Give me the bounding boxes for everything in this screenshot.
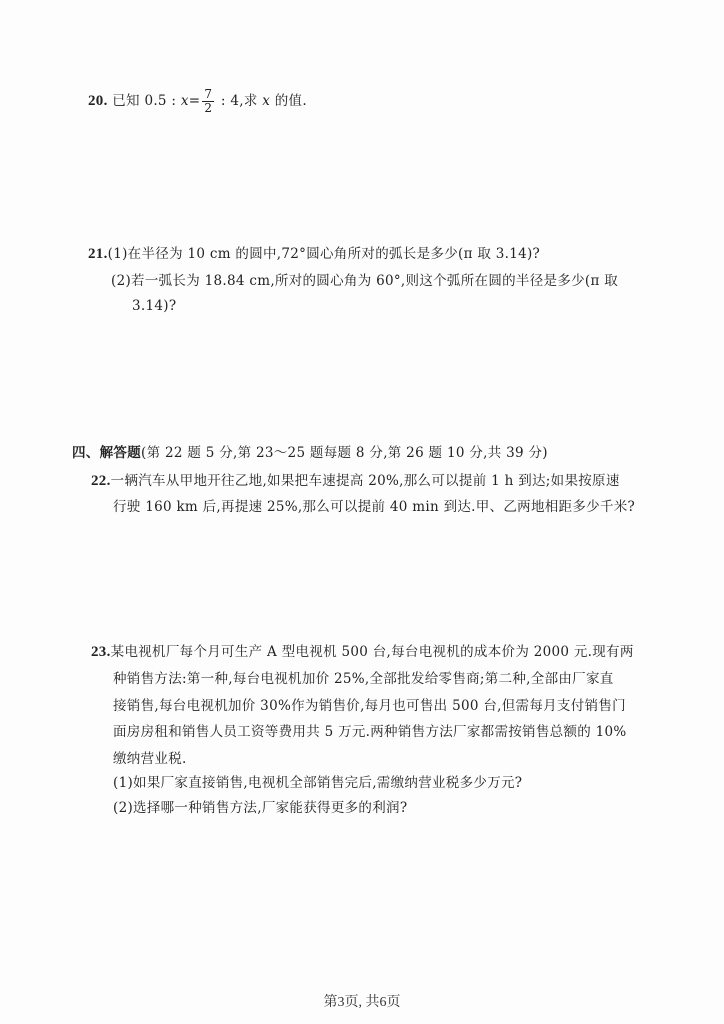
question-21-part-2-cont: 3.14)? [132,297,176,315]
fraction: 72 [202,88,214,115]
question-text: (2)若一弧长为 18.84 cm,所对的圆心角为 60°,则这个弧所在圆的半径… [111,273,618,289]
question-text: (1)如果厂家直接销售,电视机全部销售完后,需缴纳营业税多少万元? [113,775,522,791]
section-header: 四、解答题(第 22 题 5 分,第 23～25 题每题 8 分,第 26 题 … [72,444,548,462]
question-text: 3.14)? [132,298,176,314]
fraction-denominator: 2 [202,102,214,115]
question-23-cont: 面房房租和销售人员工资等费用共 5 万元.两种销售方法厂家都需按销售总额的 10… [113,723,627,741]
question-text: 接销售,每台电视机加价 30%作为销售价,每月也可售出 500 台,但需每月支付… [113,698,626,714]
question-text: 面房房租和销售人员工资等费用共 5 万元.两种销售方法厂家都需按销售总额的 10… [113,724,627,740]
question-21-part-1: 21.(1)在半径为 10 cm 的圆中,72°圆心角所对的弧长是多少(π 取 … [88,245,540,263]
question-number: 22. [91,473,111,489]
question-20: 20. 已知 0.5 : x=72 : 4,求 x 的值. [88,88,307,115]
question-text: (1)在半径为 10 cm 的圆中,72°圆心角所对的弧长是多少(π 取 3.1… [108,246,540,262]
question-text: 某电视机厂每个月可生产 A 型电视机 500 台,每台电视机的成本价为 2000… [111,644,634,660]
question-text: 已知 0.5 : [112,93,181,109]
question-23-part-2: (2)选择哪一种销售方法,厂家能获得更多的利润? [113,799,407,817]
question-text: : 4,求 [216,93,262,109]
question-number: 20. [88,93,108,109]
question-23: 23.某电视机厂每个月可生产 A 型电视机 500 台,每台电视机的成本价为 2… [91,643,634,661]
question-text: 种销售方法:第一种,每台电视机加价 25%,全部批发给零售商;第二种,全部由厂家… [113,671,614,687]
section-title: 四、解答题 [72,445,141,461]
question-21-part-2: (2)若一弧长为 18.84 cm,所对的圆心角为 60°,则这个弧所在圆的半径… [111,272,618,290]
variable-x: x [181,93,189,109]
question-text: (2)选择哪一种销售方法,厂家能获得更多的利润? [113,800,407,816]
question-number: 23. [91,644,111,660]
variable-x: x [262,93,270,109]
question-23-part-1: (1)如果厂家直接销售,电视机全部销售完后,需缴纳营业税多少万元? [113,774,522,792]
equals-sign: = [189,93,201,109]
section-scoring: (第 22 题 5 分,第 23～25 题每题 8 分,第 26 题 10 分,… [141,445,548,461]
fraction-numerator: 7 [202,88,214,102]
question-23-cont: 种销售方法:第一种,每台电视机加价 25%,全部批发给零售商;第二种,全部由厂家… [113,670,614,688]
question-text: 一辆汽车从甲地开往乙地,如果把车速提高 20%,那么可以提前 1 h 到达;如果… [111,473,620,489]
question-22: 22.一辆汽车从甲地开往乙地,如果把车速提高 20%,那么可以提前 1 h 到达… [91,472,620,490]
question-number: 21. [88,246,108,262]
question-text: 缴纳营业税. [113,751,187,767]
question-text: 行驶 160 km 后,再提速 25%,那么可以提前 40 min 到达.甲、乙… [113,499,635,515]
page-number: 第3页, 共6页 [0,991,724,1011]
question-23-cont: 接销售,每台电视机加价 30%作为销售价,每月也可售出 500 台,但需每月支付… [113,697,626,715]
question-text: 的值. [270,93,307,109]
question-23-cont: 缴纳营业税. [113,750,187,768]
question-22-cont: 行驶 160 km 后,再提速 25%,那么可以提前 40 min 到达.甲、乙… [113,498,635,516]
